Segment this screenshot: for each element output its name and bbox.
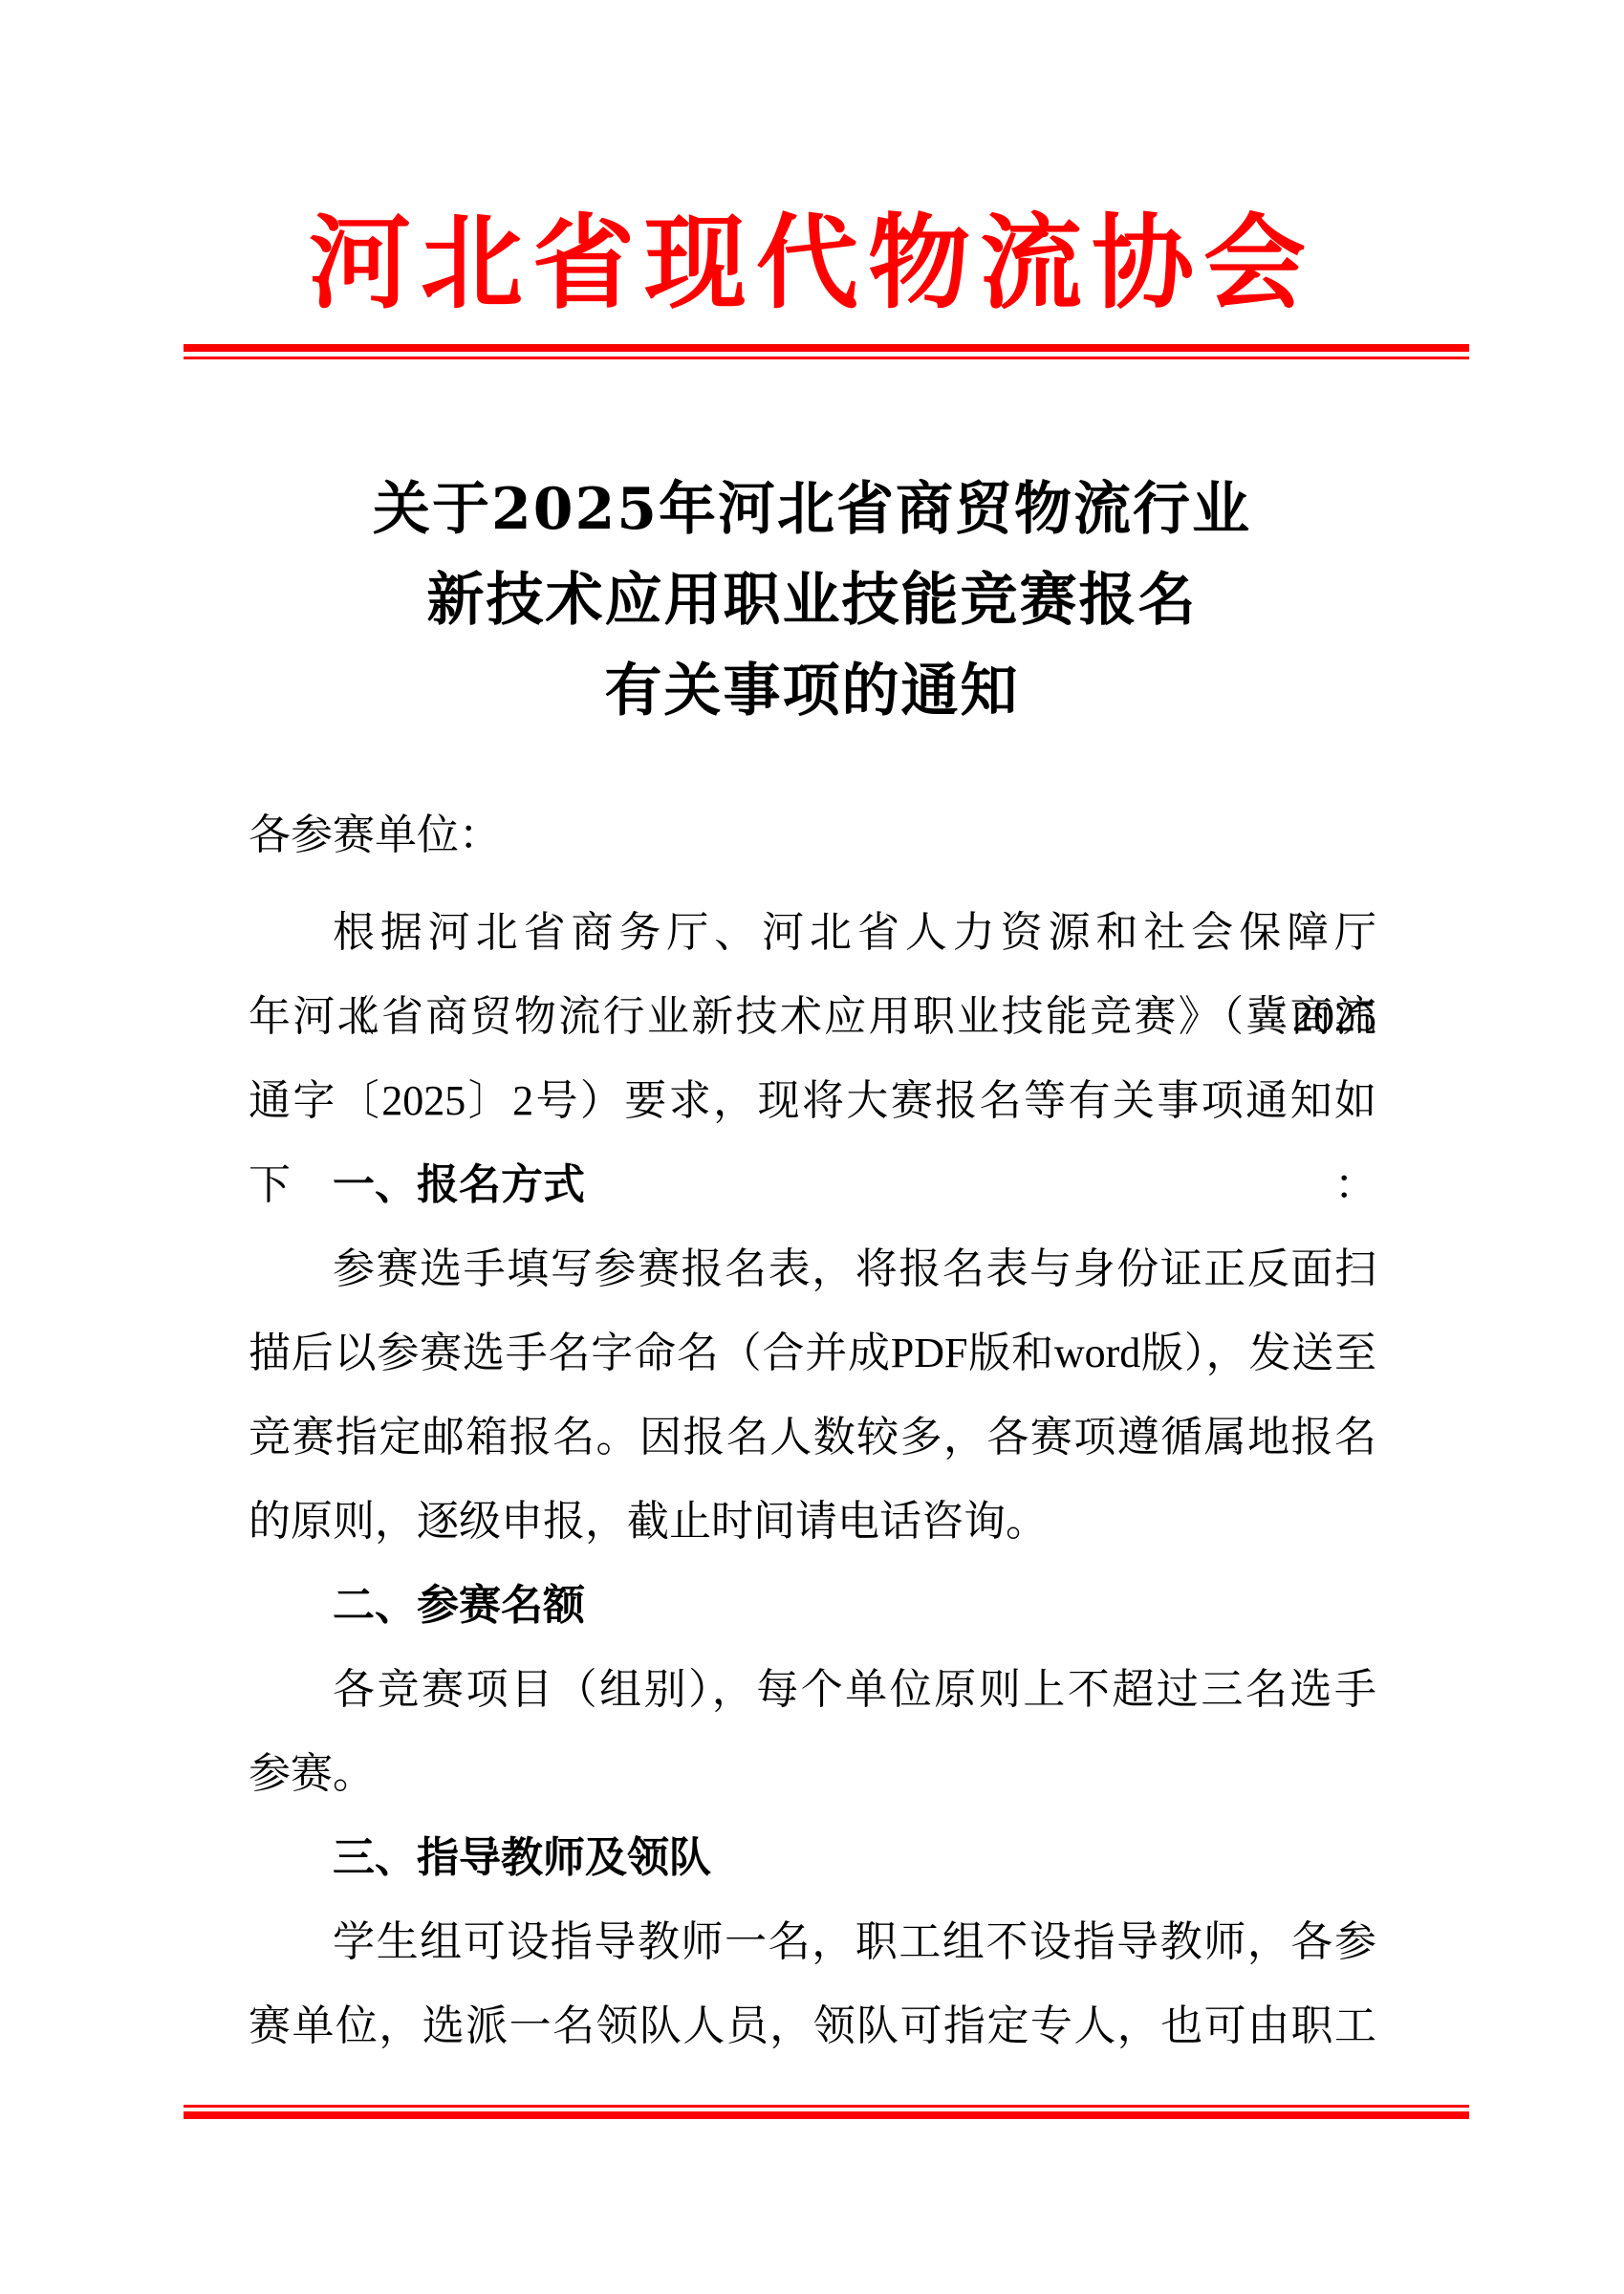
- header-divider: [184, 344, 1469, 359]
- header-divider-thin-line: [184, 357, 1469, 359]
- header-divider-thick-line: [184, 344, 1469, 352]
- footer-divider-thin-line: [184, 2105, 1469, 2108]
- document-title-line: 关于2025年河北省商贸物流行业: [0, 465, 1624, 555]
- body-line: 参赛选手填写参赛报名表，将报名表与身份证正反面扫: [249, 1227, 1376, 1311]
- body-line: 通字〔2025〕2号）要求，现将大赛报名等有关事项通知如下：: [249, 1059, 1376, 1143]
- body-line: 描后以参赛选手名字命名（合并成PDF版和word版），发送至: [249, 1311, 1376, 1396]
- document-title: 关于2025年河北省商贸物流行业 新技术应用职业技能竞赛报名 有关事项的通知: [0, 465, 1624, 737]
- body-line: 根据河北省商务厅、河北省人力资源和社会保障厅《2025: [249, 891, 1376, 975]
- footer-divider: [184, 2105, 1469, 2119]
- body-line: 各竞赛项目（组别），每个单位原则上不超过三名选手: [249, 1648, 1376, 1732]
- footer-divider-thick-line: [184, 2111, 1469, 2119]
- body-line: 学生组可设指导教师一名，职工组不设指导教师，各参: [249, 1900, 1376, 1984]
- org-name-header: 河北省现代物流协会: [0, 212, 1624, 314]
- body-line: 年河北省商贸物流行业新技术应用职业技能竞赛》（冀商流: [249, 975, 1376, 1059]
- body-line: 各参赛单位：: [249, 793, 1376, 877]
- section-heading: 三、指导教师及领队: [249, 1816, 1376, 1900]
- section-heading: 二、参赛名额: [249, 1564, 1376, 1648]
- document-title-line: 新技术应用职业技能竞赛报名: [0, 555, 1624, 646]
- body-line: 竞赛指定邮箱报名。因报名人数较多，各赛项遵循属地报名: [249, 1396, 1376, 1480]
- body-line: 的原则，逐级申报，截止时间请电话咨询。: [249, 1480, 1376, 1564]
- document-body: 各参赛单位：根据河北省商务厅、河北省人力资源和社会保障厅《2025年河北省商贸物…: [249, 793, 1376, 2068]
- document-page: 河北省现代物流协会 关于2025年河北省商贸物流行业 新技术应用职业技能竞赛报名…: [0, 0, 1624, 2294]
- body-line: 赛单位，选派一名领队人员，领队可指定专人，也可由职工: [249, 1984, 1376, 2068]
- document-title-line: 有关事项的通知: [0, 646, 1624, 737]
- body-line: 参赛。: [249, 1732, 1376, 1816]
